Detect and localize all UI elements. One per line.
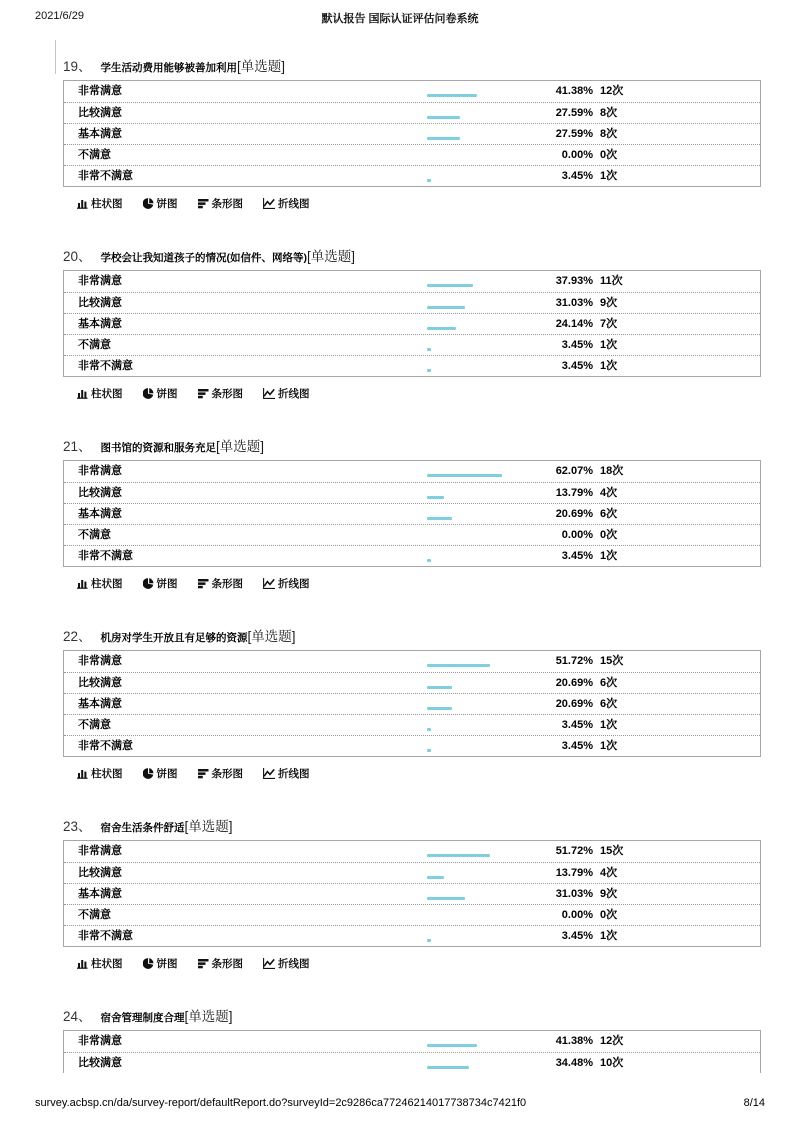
answer-option-label: 非常不满意 [78,166,133,187]
column-chart-icon [77,958,88,969]
answer-count: 10次 [600,1053,623,1074]
answer-count: 0次 [600,145,617,166]
chart-type-button[interactable]: 柱状图 [77,386,123,401]
answer-option-label: 比较满意 [78,293,122,314]
answer-percent-bar [427,897,465,900]
chart-type-button[interactable]: 折线图 [263,386,310,401]
chart-type-buttons: 柱状图 饼图 条形图 折线图 [63,576,761,590]
answer-percent: 51.72% [483,651,593,672]
chart-type-button-label: 饼图 [157,196,178,211]
answer-count: 12次 [600,1031,623,1052]
answer-percent-bar [427,94,477,97]
answer-row: 非常不满意 3.45% 1次 [64,735,760,756]
answer-count: 12次 [600,81,623,102]
question-section: 21、 图书馆的资源和服务充足 [单选题] 非常满意 62.07% 18次 比较… [63,438,761,590]
question-type-tag: [单选题] [248,628,296,646]
chart-type-button[interactable]: 柱状图 [77,766,123,781]
answer-option-label: 非常不满意 [78,546,133,567]
question-number: 20、 [63,248,92,266]
chart-type-button-label: 条形图 [212,576,244,591]
chart-type-button[interactable]: 饼图 [143,576,178,591]
answer-option-label: 非常不满意 [78,356,133,377]
chart-type-button[interactable]: 条形图 [198,196,244,211]
answer-count: 1次 [600,926,617,947]
answer-row: 非常满意 41.38% 12次 [64,81,760,102]
answer-option-label: 基本满意 [78,884,122,905]
answer-percent-bar [427,137,460,140]
print-footer: survey.acbsp.cn/da/survey-report/default… [35,1097,765,1111]
answer-option-label: 不满意 [78,145,111,166]
answer-percent: 34.48% [483,1053,593,1074]
question-text: 图书馆的资源和服务充足 [101,439,217,457]
answer-table: 非常满意 41.38% 12次 比较满意 34.48% 10次 [63,1030,761,1073]
answer-option-label: 非常满意 [78,841,122,862]
answer-count: 1次 [600,356,617,377]
answer-table: 非常满意 37.93% 11次 比较满意 31.03% 9次 基本满意 24.1… [63,270,761,377]
bar-chart-icon [198,958,209,969]
chart-type-button-label: 条形图 [212,956,244,971]
footer-page-number: 8/14 [744,1097,765,1109]
answer-row: 非常不满意 3.45% 1次 [64,925,760,946]
chart-type-button-label: 条形图 [212,196,244,211]
answer-option-label: 基本满意 [78,694,122,715]
chart-type-button[interactable]: 条形图 [198,766,244,781]
answer-count: 1次 [600,166,617,187]
answer-option-label: 非常满意 [78,651,122,672]
chart-type-buttons: 柱状图 饼图 条形图 折线图 [63,766,761,780]
answer-option-label: 比较满意 [78,673,122,694]
answer-percent-bar [427,686,452,689]
answer-option-label: 比较满意 [78,1053,122,1074]
answer-option-label: 基本满意 [78,314,122,335]
answer-percent-bar [427,179,431,182]
chart-type-button-label: 折线图 [278,956,310,971]
question-title: 24、 宿舍管理制度合理 [单选题] [63,1008,761,1027]
question-title: 22、 机房对学生开放且有足够的资源 [单选题] [63,628,761,647]
answer-percent: 3.45% [483,166,593,187]
answer-count: 1次 [600,715,617,736]
question-title: 23、 宿舍生活条件舒适 [单选题] [63,818,761,837]
answer-option-label: 非常满意 [78,1031,122,1052]
answer-percent: 3.45% [483,546,593,567]
chart-type-button[interactable]: 条形图 [198,386,244,401]
answer-count: 6次 [600,694,617,715]
question-text: 宿舍管理制度合理 [101,1009,185,1027]
bar-chart-icon [198,388,209,399]
answer-row: 不满意 0.00% 0次 [64,524,760,545]
answer-percent-bar [427,496,444,499]
chart-type-button-label: 柱状图 [91,576,123,591]
question-section: 24、 宿舍管理制度合理 [单选题] 非常满意 41.38% 12次 比较满意 … [63,1008,761,1073]
chart-type-button[interactable]: 折线图 [263,766,310,781]
chart-type-button-label: 折线图 [278,386,310,401]
answer-count: 9次 [600,293,617,314]
question-number: 22、 [63,628,92,646]
question-title: 21、 图书馆的资源和服务充足 [单选题] [63,438,761,457]
chart-type-button[interactable]: 饼图 [143,766,178,781]
question-title: 20、 学校会让我知道孩子的情况(如信件、网络等) [单选题] [63,248,761,267]
answer-option-label: 不满意 [78,715,111,736]
chart-type-button-label: 饼图 [157,766,178,781]
answer-percent: 37.93% [483,271,593,292]
chart-type-button[interactable]: 折线图 [263,196,310,211]
answer-table: 非常满意 41.38% 12次 比较满意 27.59% 8次 基本满意 27.5… [63,80,761,187]
chart-type-button[interactable]: 条形图 [198,576,244,591]
answer-option-label: 基本满意 [78,504,122,525]
chart-type-button-label: 柱状图 [91,956,123,971]
chart-type-button[interactable]: 饼图 [143,386,178,401]
answer-row: 比较满意 27.59% 8次 [64,102,760,123]
answer-option-label: 不满意 [78,905,111,926]
answer-option-label: 比较满意 [78,483,122,504]
pie-chart-icon [143,768,154,779]
answer-row: 不满意 3.45% 1次 [64,334,760,355]
question-type-tag: [单选题] [216,438,264,456]
answer-count: 0次 [600,905,617,926]
questions-list: 19、 学生活动费用能够被善加利用 [单选题] 非常满意 41.38% 12次 … [63,58,761,1111]
answer-percent: 62.07% [483,461,593,482]
answer-row: 非常满意 41.38% 12次 [64,1031,760,1052]
bar-chart-icon [198,198,209,209]
answer-count: 18次 [600,461,623,482]
question-type-tag: [单选题] [185,1008,233,1026]
line-chart-icon [263,768,275,779]
answer-count: 7次 [600,314,617,335]
question-text: 学生活动费用能够被善加利用 [101,59,238,77]
answer-count: 1次 [600,335,617,356]
answer-percent: 41.38% [483,81,593,102]
answer-count: 15次 [600,841,623,862]
answer-percent: 0.00% [483,525,593,546]
chart-type-button-label: 折线图 [278,576,310,591]
print-title: 默认报告 国际认证评估问卷系统 [35,10,765,26]
answer-percent-bar [427,1066,469,1069]
answer-percent-bar [427,854,490,857]
answer-percent-bar [427,348,431,351]
chart-type-button[interactable]: 饼图 [143,956,178,971]
answer-row: 比较满意 34.48% 10次 [64,1052,760,1073]
chart-type-button-label: 条形图 [212,386,244,401]
answer-percent: 20.69% [483,673,593,694]
column-chart-icon [77,578,88,589]
answer-count: 4次 [600,863,617,884]
answer-percent-bar [427,939,431,942]
answer-option-label: 非常满意 [78,81,122,102]
column-chart-icon [77,388,88,399]
bar-chart-icon [198,768,209,779]
answer-row: 非常满意 62.07% 18次 [64,461,760,482]
pie-chart-icon [143,198,154,209]
question-section: 20、 学校会让我知道孩子的情况(如信件、网络等) [单选题] 非常满意 37.… [63,248,761,400]
chart-type-button[interactable]: 条形图 [198,956,244,971]
chart-type-button-label: 柱状图 [91,766,123,781]
answer-row: 比较满意 20.69% 6次 [64,672,760,693]
answer-percent-bar [427,559,431,562]
answer-percent-bar [427,116,460,119]
answer-row: 非常满意 51.72% 15次 [64,651,760,672]
question-type-tag: [单选题] [237,58,285,76]
answer-percent: 3.45% [483,335,593,356]
question-text: 学校会让我知道孩子的情况(如信件、网络等) [101,249,308,267]
answer-row: 基本满意 20.69% 6次 [64,503,760,524]
pie-chart-icon [143,388,154,399]
question-section: 19、 学生活动费用能够被善加利用 [单选题] 非常满意 41.38% 12次 … [63,58,761,210]
line-chart-icon [263,388,275,399]
chart-type-button-label: 饼图 [157,956,178,971]
answer-row: 非常满意 37.93% 11次 [64,271,760,292]
answer-option-label: 比较满意 [78,863,122,884]
question-number: 23、 [63,818,92,836]
question-number: 19、 [63,58,92,76]
answer-count: 1次 [600,546,617,567]
footer-url: survey.acbsp.cn/da/survey-report/default… [35,1097,526,1109]
chart-type-button[interactable]: 柱状图 [77,576,123,591]
answer-percent-bar [427,707,452,710]
answer-percent: 3.45% [483,715,593,736]
answer-row: 非常不满意 3.45% 1次 [64,545,760,566]
question-number: 24、 [63,1008,92,1026]
pie-chart-icon [143,958,154,969]
answer-percent: 20.69% [483,504,593,525]
answer-percent-bar [427,327,456,330]
answer-table: 非常满意 62.07% 18次 比较满意 13.79% 4次 基本满意 20.6… [63,460,761,567]
chart-type-button-label: 折线图 [278,766,310,781]
chart-type-buttons: 柱状图 饼图 条形图 折线图 [63,196,761,210]
answer-percent-bar [427,664,490,667]
answer-count: 0次 [600,525,617,546]
answer-count: 1次 [600,736,617,757]
question-section: 23、 宿舍生活条件舒适 [单选题] 非常满意 51.72% 15次 比较满意 … [63,818,761,970]
answer-percent: 24.14% [483,314,593,335]
bar-chart-icon [198,578,209,589]
chart-type-button-label: 柱状图 [91,196,123,211]
answer-percent-bar [427,306,465,309]
line-chart-icon [263,578,275,589]
answer-option-label: 不满意 [78,335,111,356]
chart-type-buttons: 柱状图 饼图 条形图 折线图 [63,386,761,400]
chart-type-button-label: 饼图 [157,576,178,591]
answer-option-label: 非常满意 [78,461,122,482]
answer-percent: 41.38% [483,1031,593,1052]
answer-table: 非常满意 51.72% 15次 比较满意 20.69% 6次 基本满意 20.6… [63,650,761,757]
question-type-tag: [单选题] [307,248,355,266]
answer-row: 不满意 3.45% 1次 [64,714,760,735]
column-chart-icon [77,768,88,779]
answer-percent-bar [427,749,431,752]
answer-option-label: 非常满意 [78,271,122,292]
chart-type-button-label: 折线图 [278,196,310,211]
answer-row: 比较满意 13.79% 4次 [64,862,760,883]
question-text: 机房对学生开放且有足够的资源 [101,629,248,647]
answer-percent: 31.03% [483,884,593,905]
line-chart-icon [263,958,275,969]
answer-row: 不满意 0.00% 0次 [64,904,760,925]
answer-percent: 27.59% [483,124,593,145]
question-type-tag: [单选题] [185,818,233,836]
answer-percent-bar [427,369,431,372]
answer-option-label: 基本满意 [78,124,122,145]
answer-option-label: 比较满意 [78,103,122,124]
answer-count: 8次 [600,103,617,124]
answer-percent: 3.45% [483,356,593,377]
answer-percent: 51.72% [483,841,593,862]
print-header: 2021/6/29 默认报告 国际认证评估问卷系统 [35,10,765,25]
answer-percent-bar [427,284,473,287]
chart-type-button-label: 饼图 [157,386,178,401]
answer-option-label: 非常不满意 [78,736,133,757]
chart-type-button[interactable]: 柱状图 [77,196,123,211]
answer-row: 基本满意 24.14% 7次 [64,313,760,334]
chart-type-buttons: 柱状图 饼图 条形图 折线图 [63,956,761,970]
answer-count: 15次 [600,651,623,672]
chart-type-button[interactable]: 折线图 [263,956,310,971]
answer-row: 非常满意 51.72% 15次 [64,841,760,862]
answer-percent: 3.45% [483,736,593,757]
answer-option-label: 不满意 [78,525,111,546]
answer-percent-bar [427,517,452,520]
answer-count: 6次 [600,673,617,694]
answer-percent: 3.45% [483,926,593,947]
answer-row: 基本满意 31.03% 9次 [64,883,760,904]
answer-count: 9次 [600,884,617,905]
answer-table: 非常满意 51.72% 15次 比较满意 13.79% 4次 基本满意 31.0… [63,840,761,947]
question-title: 19、 学生活动费用能够被善加利用 [单选题] [63,58,761,77]
column-chart-icon [77,198,88,209]
answer-percent: 13.79% [483,483,593,504]
answer-percent-bar [427,728,431,731]
chart-type-button[interactable]: 柱状图 [77,956,123,971]
chart-type-button-label: 柱状图 [91,386,123,401]
answer-percent: 0.00% [483,905,593,926]
answer-option-label: 非常不满意 [78,926,133,947]
answer-count: 8次 [600,124,617,145]
answer-percent: 27.59% [483,103,593,124]
answer-row: 非常不满意 3.45% 1次 [64,165,760,186]
page-break-border-artifact [55,40,56,74]
answer-row: 非常不满意 3.45% 1次 [64,355,760,376]
answer-percent-bar [427,1044,477,1047]
answer-count: 4次 [600,483,617,504]
chart-type-button[interactable]: 饼图 [143,196,178,211]
answer-percent-bar [427,876,444,879]
answer-row: 比较满意 31.03% 9次 [64,292,760,313]
chart-type-button[interactable]: 折线图 [263,576,310,591]
answer-row: 不满意 0.00% 0次 [64,144,760,165]
question-number: 21、 [63,438,92,456]
pie-chart-icon [143,578,154,589]
chart-type-button-label: 条形图 [212,766,244,781]
answer-percent: 20.69% [483,694,593,715]
answer-row: 比较满意 13.79% 4次 [64,482,760,503]
answer-percent: 0.00% [483,145,593,166]
answer-percent: 31.03% [483,293,593,314]
question-text: 宿舍生活条件舒适 [101,819,185,837]
question-section: 22、 机房对学生开放且有足够的资源 [单选题] 非常满意 51.72% 15次… [63,628,761,780]
answer-row: 基本满意 20.69% 6次 [64,693,760,714]
answer-row: 基本满意 27.59% 8次 [64,123,760,144]
line-chart-icon [263,198,275,209]
answer-percent: 13.79% [483,863,593,884]
answer-count: 11次 [600,271,623,292]
answer-count: 6次 [600,504,617,525]
